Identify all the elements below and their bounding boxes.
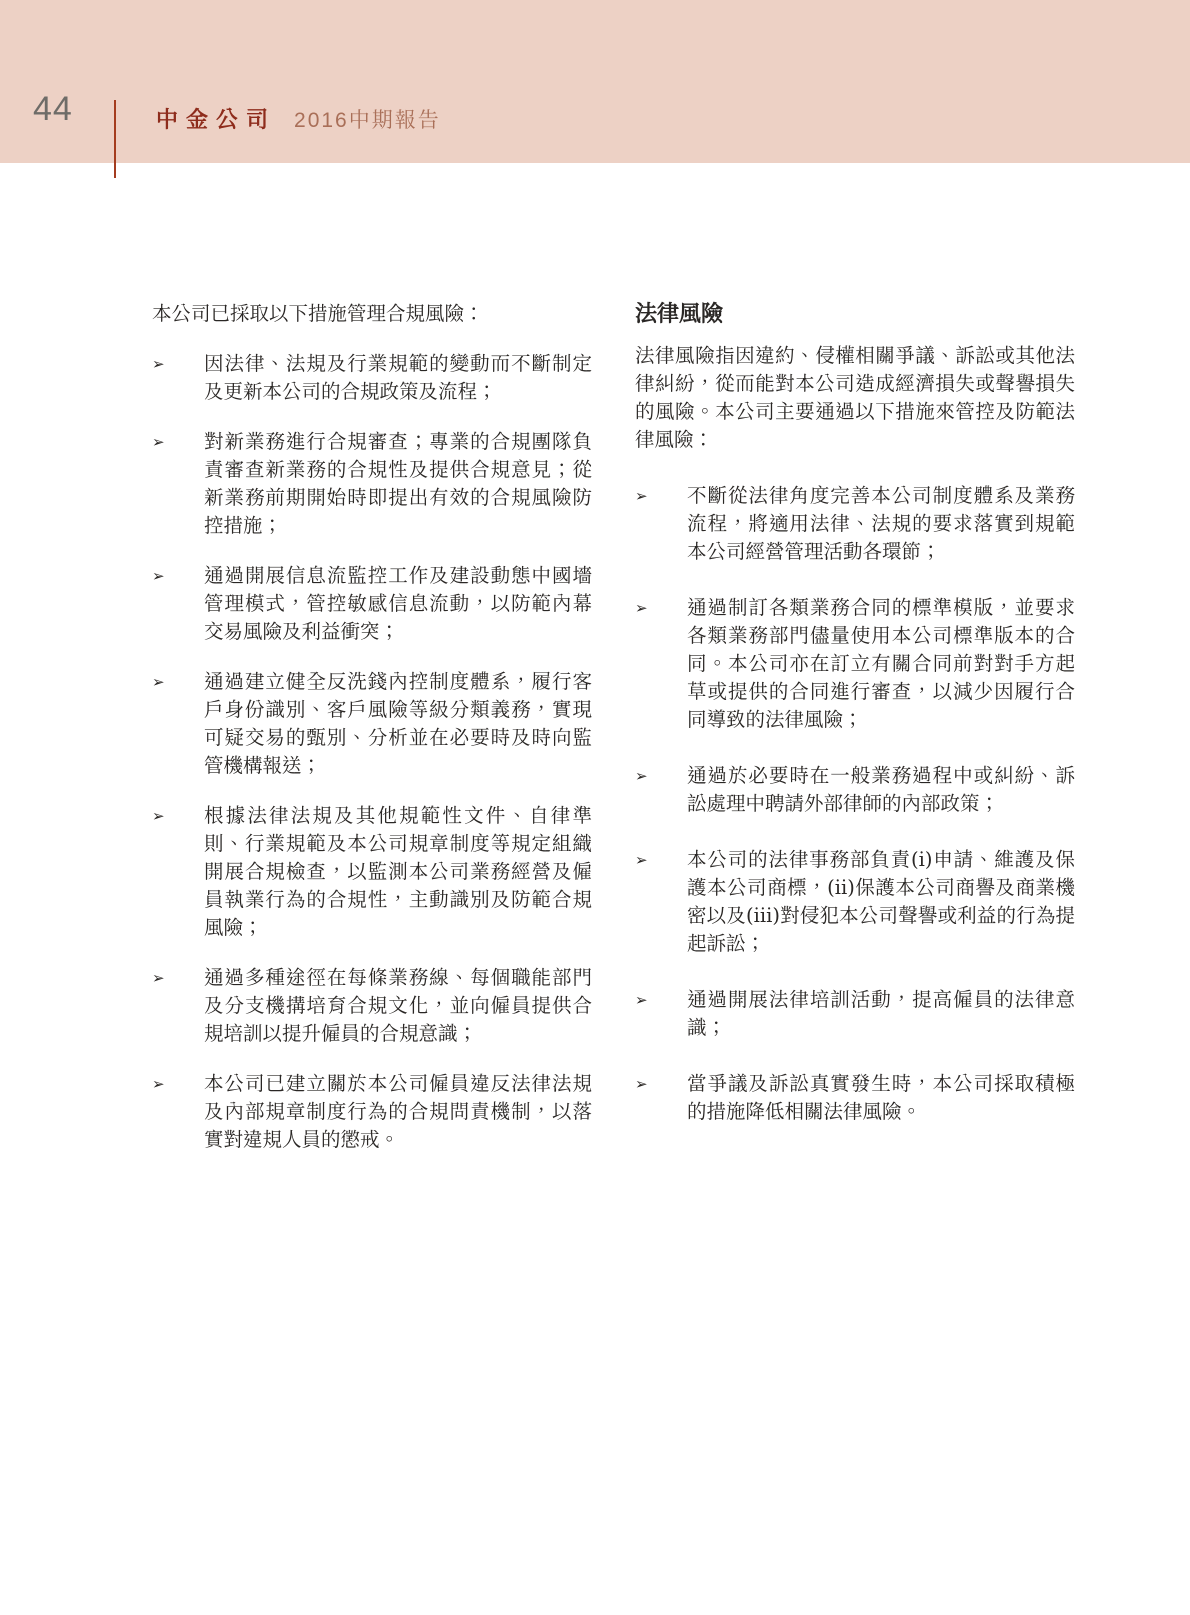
page-number: 44 (33, 90, 73, 128)
bullet-text: 通過制訂各類業務合同的標準模版，並要求各類業務部門儘量使用本公司標準版本的合同。… (687, 596, 1075, 731)
bullet-item: ➢通過於必要時在一般業務過程中或糾紛、訴訟處理中聘請外部律師的內部政策； (635, 762, 1075, 818)
bullet-arrow-icon: ➢ (635, 1074, 648, 1094)
page-header-band (0, 0, 1190, 163)
bullet-arrow-icon: ➢ (635, 598, 648, 618)
bullet-text: 因法律、法規及行業規範的變動而不斷制定及更新本公司的合規政策及流程； (204, 352, 592, 403)
bullet-arrow-icon: ➢ (152, 806, 165, 826)
bullet-arrow-icon: ➢ (635, 990, 648, 1010)
bullet-text: 根據法律法規及其他規範性文件、自律準則、行業規範及本公司規章制度等規定組織開展合… (204, 804, 592, 939)
legal-risk-bullet-list: ➢不斷從法律角度完善本公司制度體系及業務流程，將適用法律、法規的要求落實到規範本… (635, 482, 1075, 1126)
bullet-arrow-icon: ➢ (152, 968, 165, 988)
bullet-text: 本公司的法律事務部負責(i)申請、維護及保護本公司商標，(ii)保護本公司商譽及… (687, 848, 1075, 955)
bullet-arrow-icon: ➢ (635, 850, 648, 870)
header-divider-line (114, 100, 116, 178)
bullet-text: 通過開展法律培訓活動，提高僱員的法律意識； (687, 988, 1075, 1039)
bullet-item: ➢通過建立健全反洗錢內控制度體系，履行客戶身份識別、客戶風險等級分類義務，實現可… (152, 668, 592, 780)
bullet-arrow-icon: ➢ (152, 432, 165, 452)
bullet-item: ➢本公司的法律事務部負責(i)申請、維護及保護本公司商標，(ii)保護本公司商譽… (635, 846, 1075, 958)
bullet-text: 通過開展信息流監控工作及建設動態中國墻管理模式，管控敏感信息流動，以防範內幕交易… (204, 564, 592, 643)
bullet-text: 當爭議及訴訟真實發生時，本公司採取積極的措施降低相關法律風險。 (687, 1072, 1075, 1123)
bullet-item: ➢通過制訂各類業務合同的標準模版，並要求各類業務部門儘量使用本公司標準版本的合同… (635, 594, 1075, 734)
bullet-arrow-icon: ➢ (635, 766, 648, 786)
bullet-text: 通過多種途徑在每條業務線、每個職能部門及分支機搆培育合規文化，並向僱員提供合規培… (204, 966, 592, 1045)
bullet-item: ➢本公司已建立關於本公司僱員違反法律法規及內部規章制度行為的合規問責機制，以落實… (152, 1070, 592, 1154)
bullet-item: ➢不斷從法律角度完善本公司制度體系及業務流程，將適用法律、法規的要求落實到規範本… (635, 482, 1075, 566)
bullet-item: ➢根據法律法規及其他規範性文件、自律準則、行業規範及本公司規章制度等規定組織開展… (152, 802, 592, 942)
compliance-bullet-list: ➢因法律、法規及行業規範的變動而不斷制定及更新本公司的合規政策及流程；➢對新業務… (152, 350, 592, 1154)
bullet-item: ➢對新業務進行合規審查；專業的合規團隊負責審查新業務的合規性及提供合規意見；從新… (152, 428, 592, 540)
bullet-arrow-icon: ➢ (152, 354, 165, 374)
bullet-text: 通過於必要時在一般業務過程中或糾紛、訴訟處理中聘請外部律師的內部政策； (687, 764, 1075, 815)
legal-risk-column: 法律風險 法律風險指因違約、侵權相關爭議、訴訟或其他法律糾紛，從而能對本公司造成… (635, 300, 1075, 1126)
bullet-text: 通過建立健全反洗錢內控制度體系，履行客戶身份識別、客戶風險等級分類義務，實現可疑… (204, 670, 592, 777)
bullet-item: ➢當爭議及訴訟真實發生時，本公司採取積極的措施降低相關法律風險。 (635, 1070, 1075, 1126)
compliance-column: 本公司已採取以下措施管理合規風險： ➢因法律、法規及行業規範的變動而不斷制定及更… (152, 300, 592, 1154)
bullet-item: ➢因法律、法規及行業規範的變動而不斷制定及更新本公司的合規政策及流程； (152, 350, 592, 406)
compliance-intro: 本公司已採取以下措施管理合規風險： (152, 300, 592, 328)
bullet-item: ➢通過多種途徑在每條業務線、每個職能部門及分支機搆培育合規文化，並向僱員提供合規… (152, 964, 592, 1048)
bullet-item: ➢通過開展信息流監控工作及建設動態中國墻管理模式，管控敏感信息流動，以防範內幕交… (152, 562, 592, 646)
legal-risk-paragraph: 法律風險指因違約、侵權相關爭議、訴訟或其他法律糾紛，從而能對本公司造成經濟損失或… (635, 342, 1075, 454)
bullet-text: 不斷從法律角度完善本公司制度體系及業務流程，將適用法律、法規的要求落實到規範本公… (687, 484, 1075, 563)
header-titles: 中金公司 2016中期報告 (156, 103, 441, 134)
legal-risk-heading: 法律風險 (635, 300, 1075, 328)
bullet-arrow-icon: ➢ (152, 566, 165, 586)
bullet-arrow-icon: ➢ (635, 486, 648, 506)
report-title: 2016中期報告 (294, 104, 441, 134)
brand-name: 中金公司 (156, 103, 276, 134)
bullet-item: ➢通過開展法律培訓活動，提高僱員的法律意識； (635, 986, 1075, 1042)
bullet-text: 對新業務進行合規審查；專業的合規團隊負責審查新業務的合規性及提供合規意見；從新業… (204, 430, 592, 537)
bullet-arrow-icon: ➢ (152, 672, 165, 692)
bullet-text: 本公司已建立關於本公司僱員違反法律法規及內部規章制度行為的合規問責機制，以落實對… (204, 1072, 592, 1151)
bullet-arrow-icon: ➢ (152, 1074, 165, 1094)
